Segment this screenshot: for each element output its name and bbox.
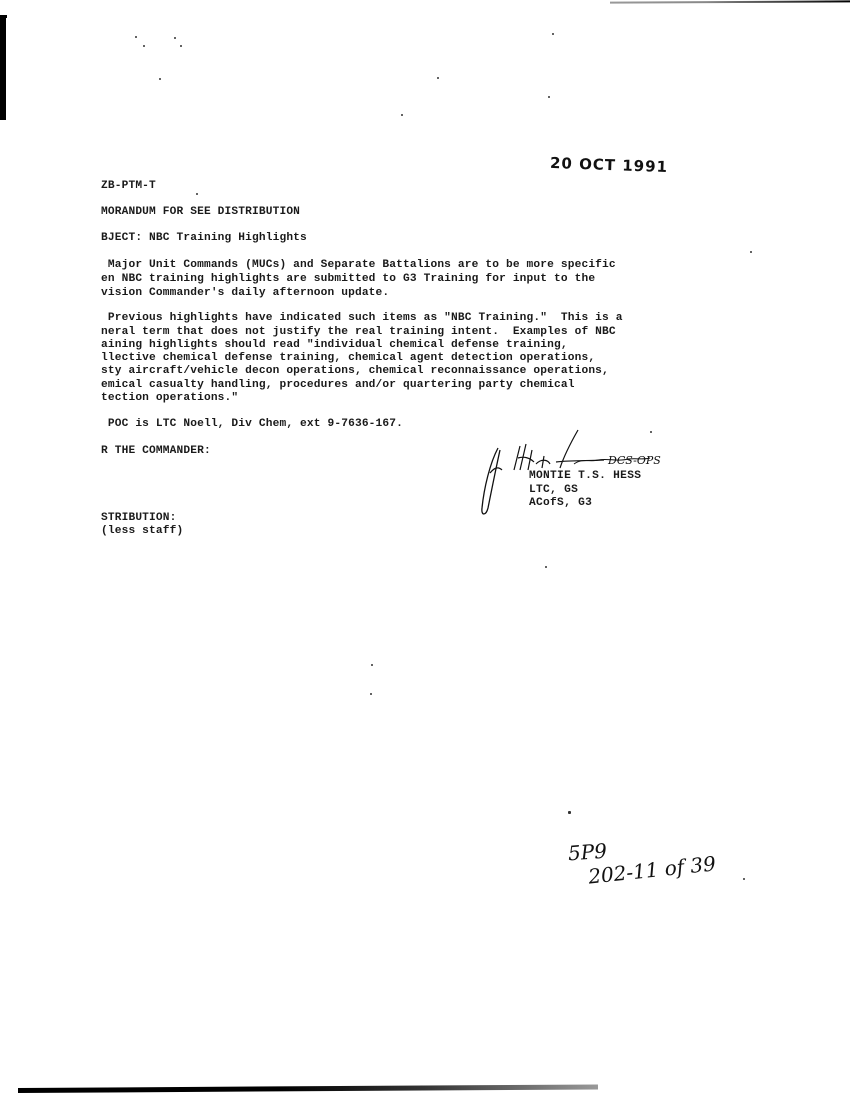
- memo-for-line: MORANDUM FOR SEE DISTRIBUTION: [101, 206, 300, 220]
- scan-speck: [159, 78, 161, 80]
- scan-speck: [552, 33, 554, 35]
- closing-line: R THE COMMANDER:: [101, 445, 211, 459]
- scan-speck: [568, 811, 571, 814]
- scan-speck: [401, 114, 403, 116]
- scan-speck: [545, 566, 547, 568]
- distribution-label: STRIBUTION:: [101, 512, 177, 526]
- scan-top-line: [610, 0, 850, 3]
- scan-speck: [180, 45, 182, 47]
- handwritten-note-1: 5P9: [567, 839, 607, 866]
- scan-speck: [437, 77, 439, 79]
- paragraph-line: tection operations.": [101, 392, 238, 406]
- paragraph-line: Previous highlights have indicated such …: [101, 312, 623, 326]
- paragraph-line: sty aircraft/vehicle decon operations, c…: [101, 365, 609, 379]
- scan-speck: [143, 45, 145, 47]
- paragraph-line: aining highlights should read "individua…: [101, 339, 568, 353]
- paragraph-line: llective chemical defense training, chem…: [101, 352, 595, 366]
- scan-speck: [371, 664, 373, 666]
- paragraph-line: emical casualty handling, procedures and…: [101, 379, 575, 393]
- scan-speck: [548, 96, 550, 98]
- office-symbol: ZB-PTM-T: [101, 180, 156, 194]
- signer-name: MONTIE T.S. HESS: [529, 470, 641, 484]
- scan-speck: [135, 36, 137, 38]
- signer-title: ACofS, G3: [529, 497, 641, 511]
- subject-line: BJECT: NBC Training Highlights: [101, 232, 307, 246]
- scan-bottom-bar: [18, 1084, 598, 1093]
- scan-speck: [174, 37, 176, 39]
- scan-edge-bar: [0, 15, 6, 120]
- scan-speck: [196, 193, 198, 195]
- svg-text:DCS-OPS: DCS-OPS: [607, 454, 661, 467]
- distribution-value: (less staff): [101, 525, 183, 539]
- paragraph-3-poc: POC is LTC Noell, Div Chem, ext 9-7636-1…: [101, 418, 403, 432]
- scan-speck: [370, 693, 372, 695]
- paragraph-line: neral term that does not justify the rea…: [101, 326, 616, 340]
- scan-speck: [743, 878, 745, 880]
- scan-speck: [750, 251, 752, 253]
- paragraph-line: en NBC training highlights are submitted…: [101, 273, 595, 287]
- document-page: 20 OCT 1991 ZB-PTM-T MORANDUM FOR SEE DI…: [0, 0, 850, 1097]
- paragraph-line: Major Unit Commands (MUCs) and Separate …: [101, 259, 616, 273]
- paragraph-line: vision Commander's daily afternoon updat…: [101, 287, 389, 301]
- date-stamp: 20 OCT 1991: [550, 154, 669, 176]
- signer-rank: LTC, GS: [529, 484, 641, 498]
- signature-block: MONTIE T.S. HESS LTC, GS ACofS, G3: [529, 470, 641, 511]
